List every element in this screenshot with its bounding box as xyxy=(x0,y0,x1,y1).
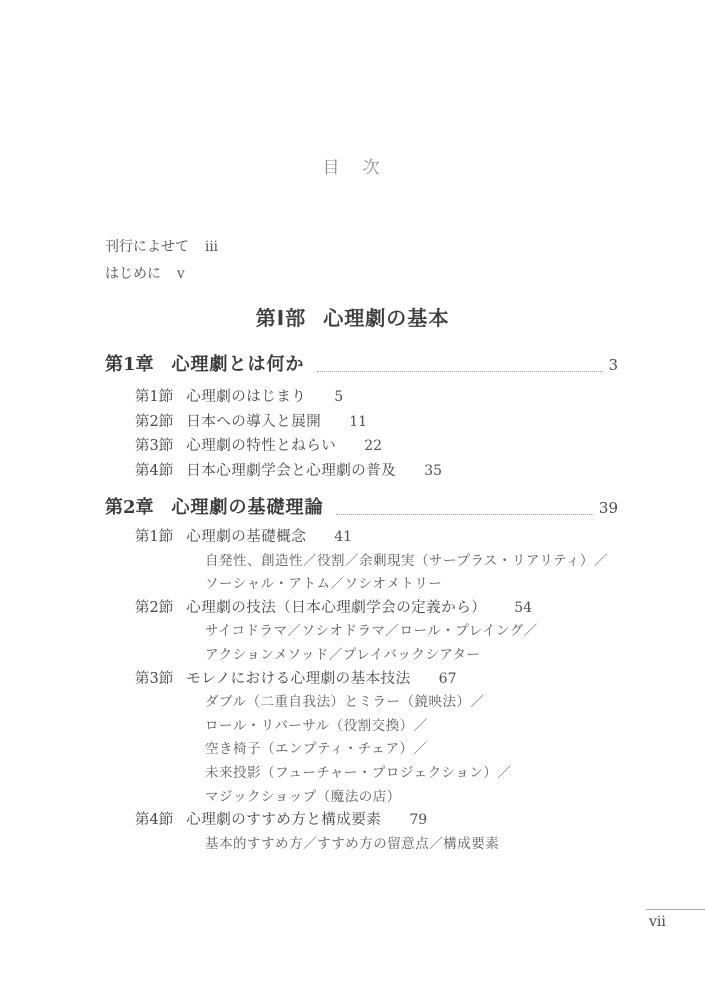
section-page-number: 22 xyxy=(364,438,382,454)
chapter-block-2: 第2章 心理劇の基礎理論 39 第1節心理劇の基礎概念41 自発性、創造性／役割… xyxy=(105,495,618,856)
toc-page: 目 次 刊行によせてiii はじめにv 第Ⅰ部心理劇の基本 第1章 心理劇とは何… xyxy=(0,0,705,1000)
front-matter-page-number: iii xyxy=(205,239,218,255)
front-matter-title: はじめに xyxy=(105,266,161,282)
front-matter-page-number: v xyxy=(177,266,185,282)
section-entry: 第1節心理劇のはじまり5 xyxy=(105,385,618,410)
section-label: 第2節 xyxy=(135,414,173,430)
section-entry: 第4節心理劇のすすめ方と構成要素79 xyxy=(105,809,618,833)
section-label: 第4節 xyxy=(135,463,173,479)
chapter-label: 第2章 xyxy=(105,495,154,520)
section-title: 心理劇の特性とねらい xyxy=(186,438,336,454)
section-title: 日本心理劇学会と心理劇の普及 xyxy=(186,463,396,479)
section-detail: 空き椅子（エンプティ・チェア）／ xyxy=(105,738,618,762)
chapter-block-1: 第1章 心理劇とは何か 3 第1節心理劇のはじまり5 第2節日本への導入と展開1… xyxy=(105,352,618,483)
section-page-number: 54 xyxy=(514,600,532,616)
section-detail: 基本的すすめ方／すすめ方の留意点／構成要素 xyxy=(105,833,618,857)
folio-page-number: vii xyxy=(649,914,666,930)
front-matter-list: 刊行によせてiii はじめにv xyxy=(105,234,218,288)
section-label: 第1節 xyxy=(135,389,173,405)
section-page-number: 35 xyxy=(424,463,442,479)
section-entry: 第4節日本心理劇学会と心理劇の普及35 xyxy=(105,459,618,484)
section-detail: ロール・リバーサル（役割交換）／ xyxy=(105,715,618,739)
section-entry: 第3節モレノにおける心理劇の基本技法67 xyxy=(105,668,618,692)
section-title: 心理劇のすすめ方と構成要素 xyxy=(186,812,381,828)
section-list: 第1節心理劇の基礎概念41 自発性、創造性／役割／余剰現実（サープラス・リアリテ… xyxy=(105,526,618,856)
front-matter-item: 刊行によせてiii xyxy=(105,234,218,261)
chapter-page-number: 39 xyxy=(599,496,618,521)
section-page-number: 79 xyxy=(409,812,427,828)
section-label: 第3節 xyxy=(135,438,173,454)
footer-divider xyxy=(646,909,705,910)
section-title: 日本への導入と展開 xyxy=(186,414,321,430)
section-entry: 第3節心理劇の特性とねらい22 xyxy=(105,434,618,459)
chapter-title: 心理劇の基礎理論 xyxy=(172,495,324,520)
section-entry: 第1節心理劇の基礎概念41 xyxy=(105,526,618,550)
section-page-number: 41 xyxy=(334,529,352,545)
section-detail: アクションメソッド／プレイバックシアター xyxy=(105,644,618,668)
section-list: 第1節心理劇のはじまり5 第2節日本への導入と展開11 第3節心理劇の特性とねら… xyxy=(105,385,618,483)
part-heading: 第Ⅰ部心理劇の基本 xyxy=(0,302,705,331)
chapter-title: 心理劇とは何か xyxy=(172,352,305,377)
section-detail: マジックショップ（魔法の店） xyxy=(105,786,618,810)
chapter-entry: 第1章 心理劇とは何か 3 xyxy=(105,352,618,378)
section-page-number: 67 xyxy=(439,671,457,687)
chapter-entry: 第2章 心理劇の基礎理論 39 xyxy=(105,495,618,521)
part-label: 第Ⅰ部 xyxy=(256,306,306,330)
part-title: 心理劇の基本 xyxy=(323,306,449,330)
dotted-leader xyxy=(317,371,604,372)
section-title: 心理劇の技法（日本心理劇学会の定義から） xyxy=(186,600,486,616)
section-detail: ダブル（二重自我法）とミラー（鏡映法）／ xyxy=(105,691,618,715)
dotted-leader xyxy=(336,514,594,515)
section-page-number: 5 xyxy=(334,389,343,405)
section-title: モレノにおける心理劇の基本技法 xyxy=(186,671,410,687)
section-label: 第3節 xyxy=(135,671,173,687)
chapter-page-number: 3 xyxy=(608,353,618,378)
section-label: 第2節 xyxy=(135,600,173,616)
section-detail: ソーシャル・アトム／ソシオメトリー xyxy=(105,573,618,597)
section-detail: サイコドラマ／ソシオドラマ／ロール・プレイング／ xyxy=(105,620,618,644)
section-title: 心理劇のはじまり xyxy=(186,389,306,405)
section-detail: 自発性、創造性／役割／余剰現実（サープラス・リアリティ）／ xyxy=(105,550,618,574)
front-matter-item: はじめにv xyxy=(105,261,218,288)
chapter-label: 第1章 xyxy=(105,352,154,377)
section-title: 心理劇の基礎概念 xyxy=(186,529,306,545)
section-detail: 未来投影（フューチャー・プロジェクション）／ xyxy=(105,762,618,786)
section-label: 第1節 xyxy=(135,529,173,545)
section-entry: 第2節心理劇の技法（日本心理劇学会の定義から）54 xyxy=(105,597,618,621)
page-title: 目 次 xyxy=(0,153,705,178)
front-matter-title: 刊行によせて xyxy=(105,239,189,255)
section-page-number: 11 xyxy=(349,414,367,430)
section-label: 第4節 xyxy=(135,812,173,828)
section-entry: 第2節日本への導入と展開11 xyxy=(105,410,618,435)
